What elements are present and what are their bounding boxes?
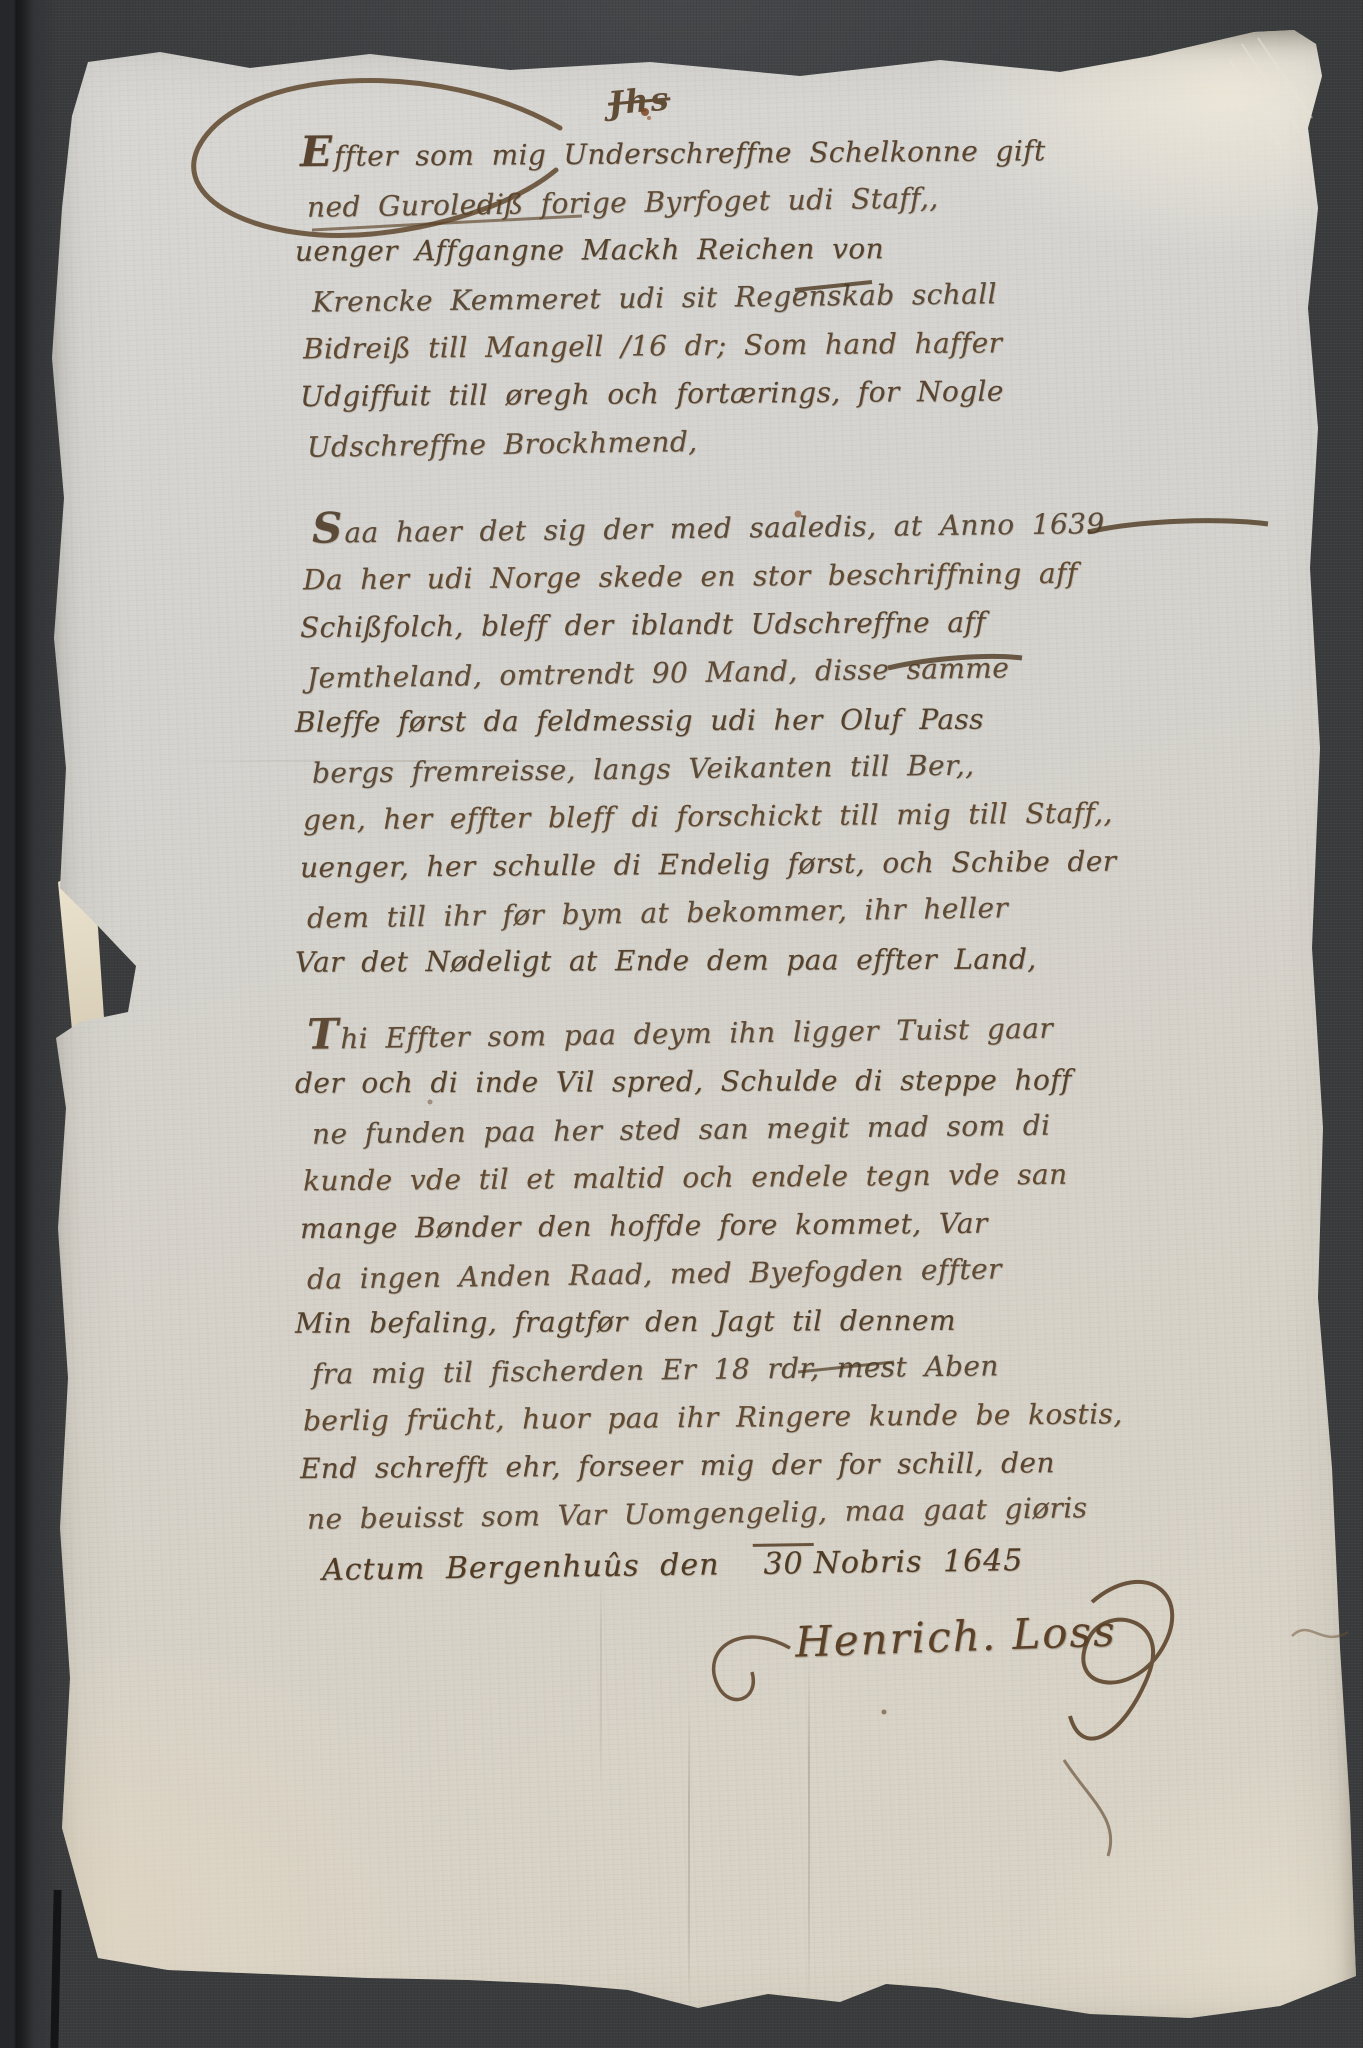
manuscript-line: Thi Effter som paa deym ihn ligger Tuist… (307, 999, 1098, 1064)
archive-scan-page: Jhs Effter som mig Underschreffne Schelk… (0, 0, 1363, 2048)
manuscript-line: Saa haer det sig der med saaledis, at An… (312, 495, 1103, 558)
manuscript-line: Da her udi Norge skede en stor beschriff… (303, 550, 1093, 605)
manuscript-line: ne funden paa her sted san megit mad som… (312, 1101, 1103, 1159)
fold-crease (688, 1708, 690, 2008)
manuscript-line: der och di inde Vil spred, Schulde di st… (295, 1056, 1085, 1107)
manuscript-line: dem till ihr før bym at bekommer, ihr he… (307, 883, 1098, 943)
manuscript-line: ne beuisst som Var Uomgengelig, maa gaat… (307, 1484, 1098, 1544)
manuscript-line: Krencke Kemmeret udi sit Regenskab schal… (312, 269, 1103, 327)
dateline-day: 30 (753, 1543, 814, 1582)
manuscript-line: berlig frücht, huor paa ihr Ringere kund… (303, 1391, 1093, 1446)
manuscript-line: Bidreiß till Mangell /16 dr; Som hand ha… (303, 319, 1093, 374)
paragraph: Thi Effter som paa deym ihn ligger Tuist… (300, 1005, 1090, 1538)
manuscript-line: kunde vde til et maltid och endele tegn … (303, 1151, 1093, 1206)
dateline-rest: Nobris 1645 (813, 1543, 1023, 1581)
manuscript-line: bergs fremreisse, langs Veikanten till B… (312, 740, 1103, 798)
manuscript-line: fra mig til fischerden Er 18 rdr, mest A… (312, 1341, 1103, 1399)
manuscript-line: Jemtheland, omtrendt 90 Mand, disse samm… (307, 643, 1098, 703)
manuscript-line: Var det Nødeligt at Ende dem paa effter … (295, 935, 1085, 986)
manuscript-text: Effter som mig Underschreffne Schelkonne… (300, 125, 1090, 1538)
dateline-place: Actum Bergenhuûs den (322, 1547, 720, 1588)
fold-crease (808, 1648, 810, 2008)
paragraph: Effter som mig Underschreffne Schelkonne… (300, 125, 1090, 466)
manuscript-line: Udschreffne Brockhmend, (307, 412, 1098, 472)
binding-spine-shadow (50, 1890, 61, 2048)
manuscript-line: da ingen Anden Raad, med Byefogden effte… (307, 1244, 1098, 1304)
manuscript-line: Bleffe først da feldmessig udi her Oluf … (295, 695, 1085, 746)
manuscript-line: Min befaling, fragtfør den Jagt til denn… (295, 1296, 1085, 1347)
invocation-monogram: Jhs (606, 79, 671, 122)
fold-crease (600, 1568, 602, 1788)
manuscript-line: gen, her effter bleff di forschickt till… (303, 790, 1093, 845)
manuscript-line: ned Gurolediß forige Byrfoget udi Staff,… (307, 172, 1098, 232)
manuscript-line: Effter som mig Underschreffne Schelkonne… (300, 122, 1090, 181)
manuscript-line: uenger Affgangne Mackh Reichen von (295, 224, 1085, 275)
paragraph: Saa haer det sig der med saaledis, at An… (300, 500, 1090, 985)
